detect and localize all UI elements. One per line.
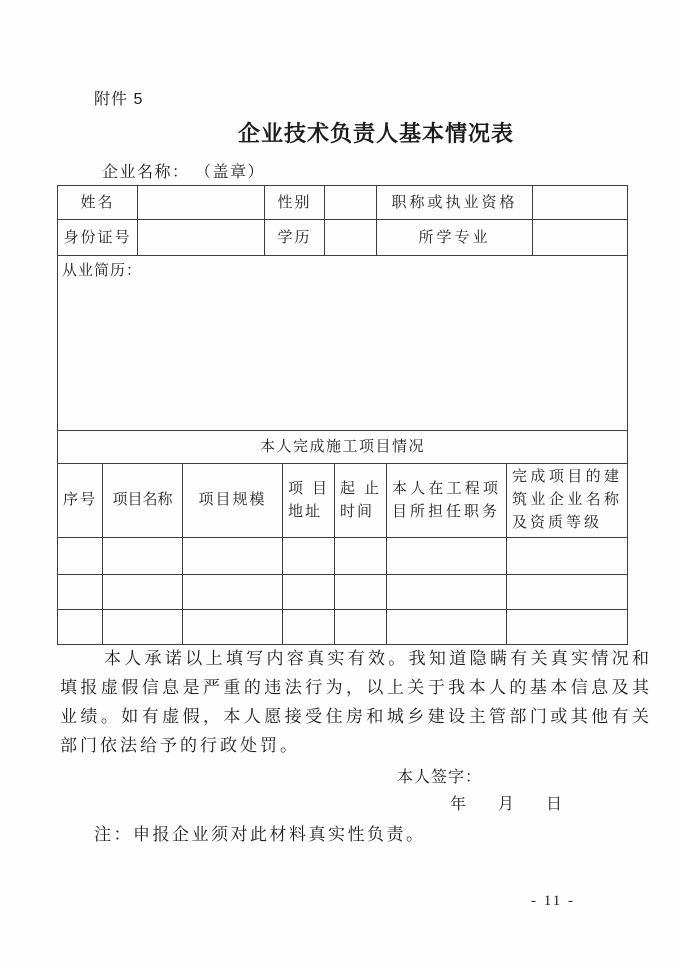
date-line: 年 月 日 [450,791,562,814]
projects-table: 本人完成施工项目情况 序号 项目名称 项目规模 项目地址 起止时间 本人在工程项… [57,430,628,645]
header-项目规模: 项目规模 [183,464,283,538]
note-line: 注：申报企业须对此材料真实性负责。 [94,820,426,845]
empty-project-row [58,538,628,575]
header-项目地址: 项目地址 [283,464,335,538]
major-label: 所学专业 [377,220,533,256]
signature-label: 本人签字： [397,764,482,787]
header-完成项目的建筑业企业名称及资质等级: 完成项目的建筑业企业名称及资质等级 [507,464,628,538]
attachment-label: 附件 5 [94,86,143,109]
table-row: 姓名 性别 职称或执业资格 [58,186,628,220]
header-序号: 序号 [58,464,103,538]
gender-label: 性别 [265,186,325,220]
empty-project-row [58,575,628,610]
table-row: 本人完成施工项目情况 [58,431,628,464]
personal-info-table: 姓名 性别 职称或执业资格 身份证号 学历 所学专业 从业简历： [57,185,628,431]
header-本人在工程项目所担任职务: 本人在工程项目所担任职务 [387,464,507,538]
title-qualification-label: 职称或执业资格 [377,186,533,220]
declaration-paragraph: 本人承诺以上填写内容真实有效。我知道隐瞒有关真实情况和填报虚假信息是严重的违法行… [60,644,652,760]
name-value-cell [138,186,265,220]
header-起止时间: 起止时间 [335,464,387,538]
page-number: - 11 - [531,893,575,910]
table-header-row: 序号 项目名称 项目规模 项目地址 起止时间 本人在工程项目所担任职务 完成项目… [58,464,628,538]
education-label: 学历 [265,220,325,256]
table-row: 身份证号 学历 所学专业 [58,220,628,256]
header-项目名称: 项目名称 [103,464,183,538]
id-number-label: 身份证号 [58,220,138,256]
major-value-cell [533,220,628,256]
page-title: 企业技术负责人基本情况表 [238,117,514,148]
education-value-cell [325,220,377,256]
form-tables: 姓名 性别 职称或执业资格 身份证号 学历 所学专业 从业简历： [57,185,628,645]
table-row: 从业简历： [58,256,628,431]
name-label: 姓名 [58,186,138,220]
document-page: 附件 5 企业技术负责人基本情况表 企业名称： （盖章） 姓名 性别 职称或执业… [0,0,682,964]
id-number-value-cell [138,220,265,256]
company-name-label: 企业名称： （盖章） [102,159,265,182]
projects-section-title: 本人完成施工项目情况 [58,431,628,464]
title-qualification-value-cell [533,186,628,220]
empty-project-row [58,610,628,645]
work-resume-cell: 从业简历： [58,256,628,431]
gender-value-cell [325,186,377,220]
